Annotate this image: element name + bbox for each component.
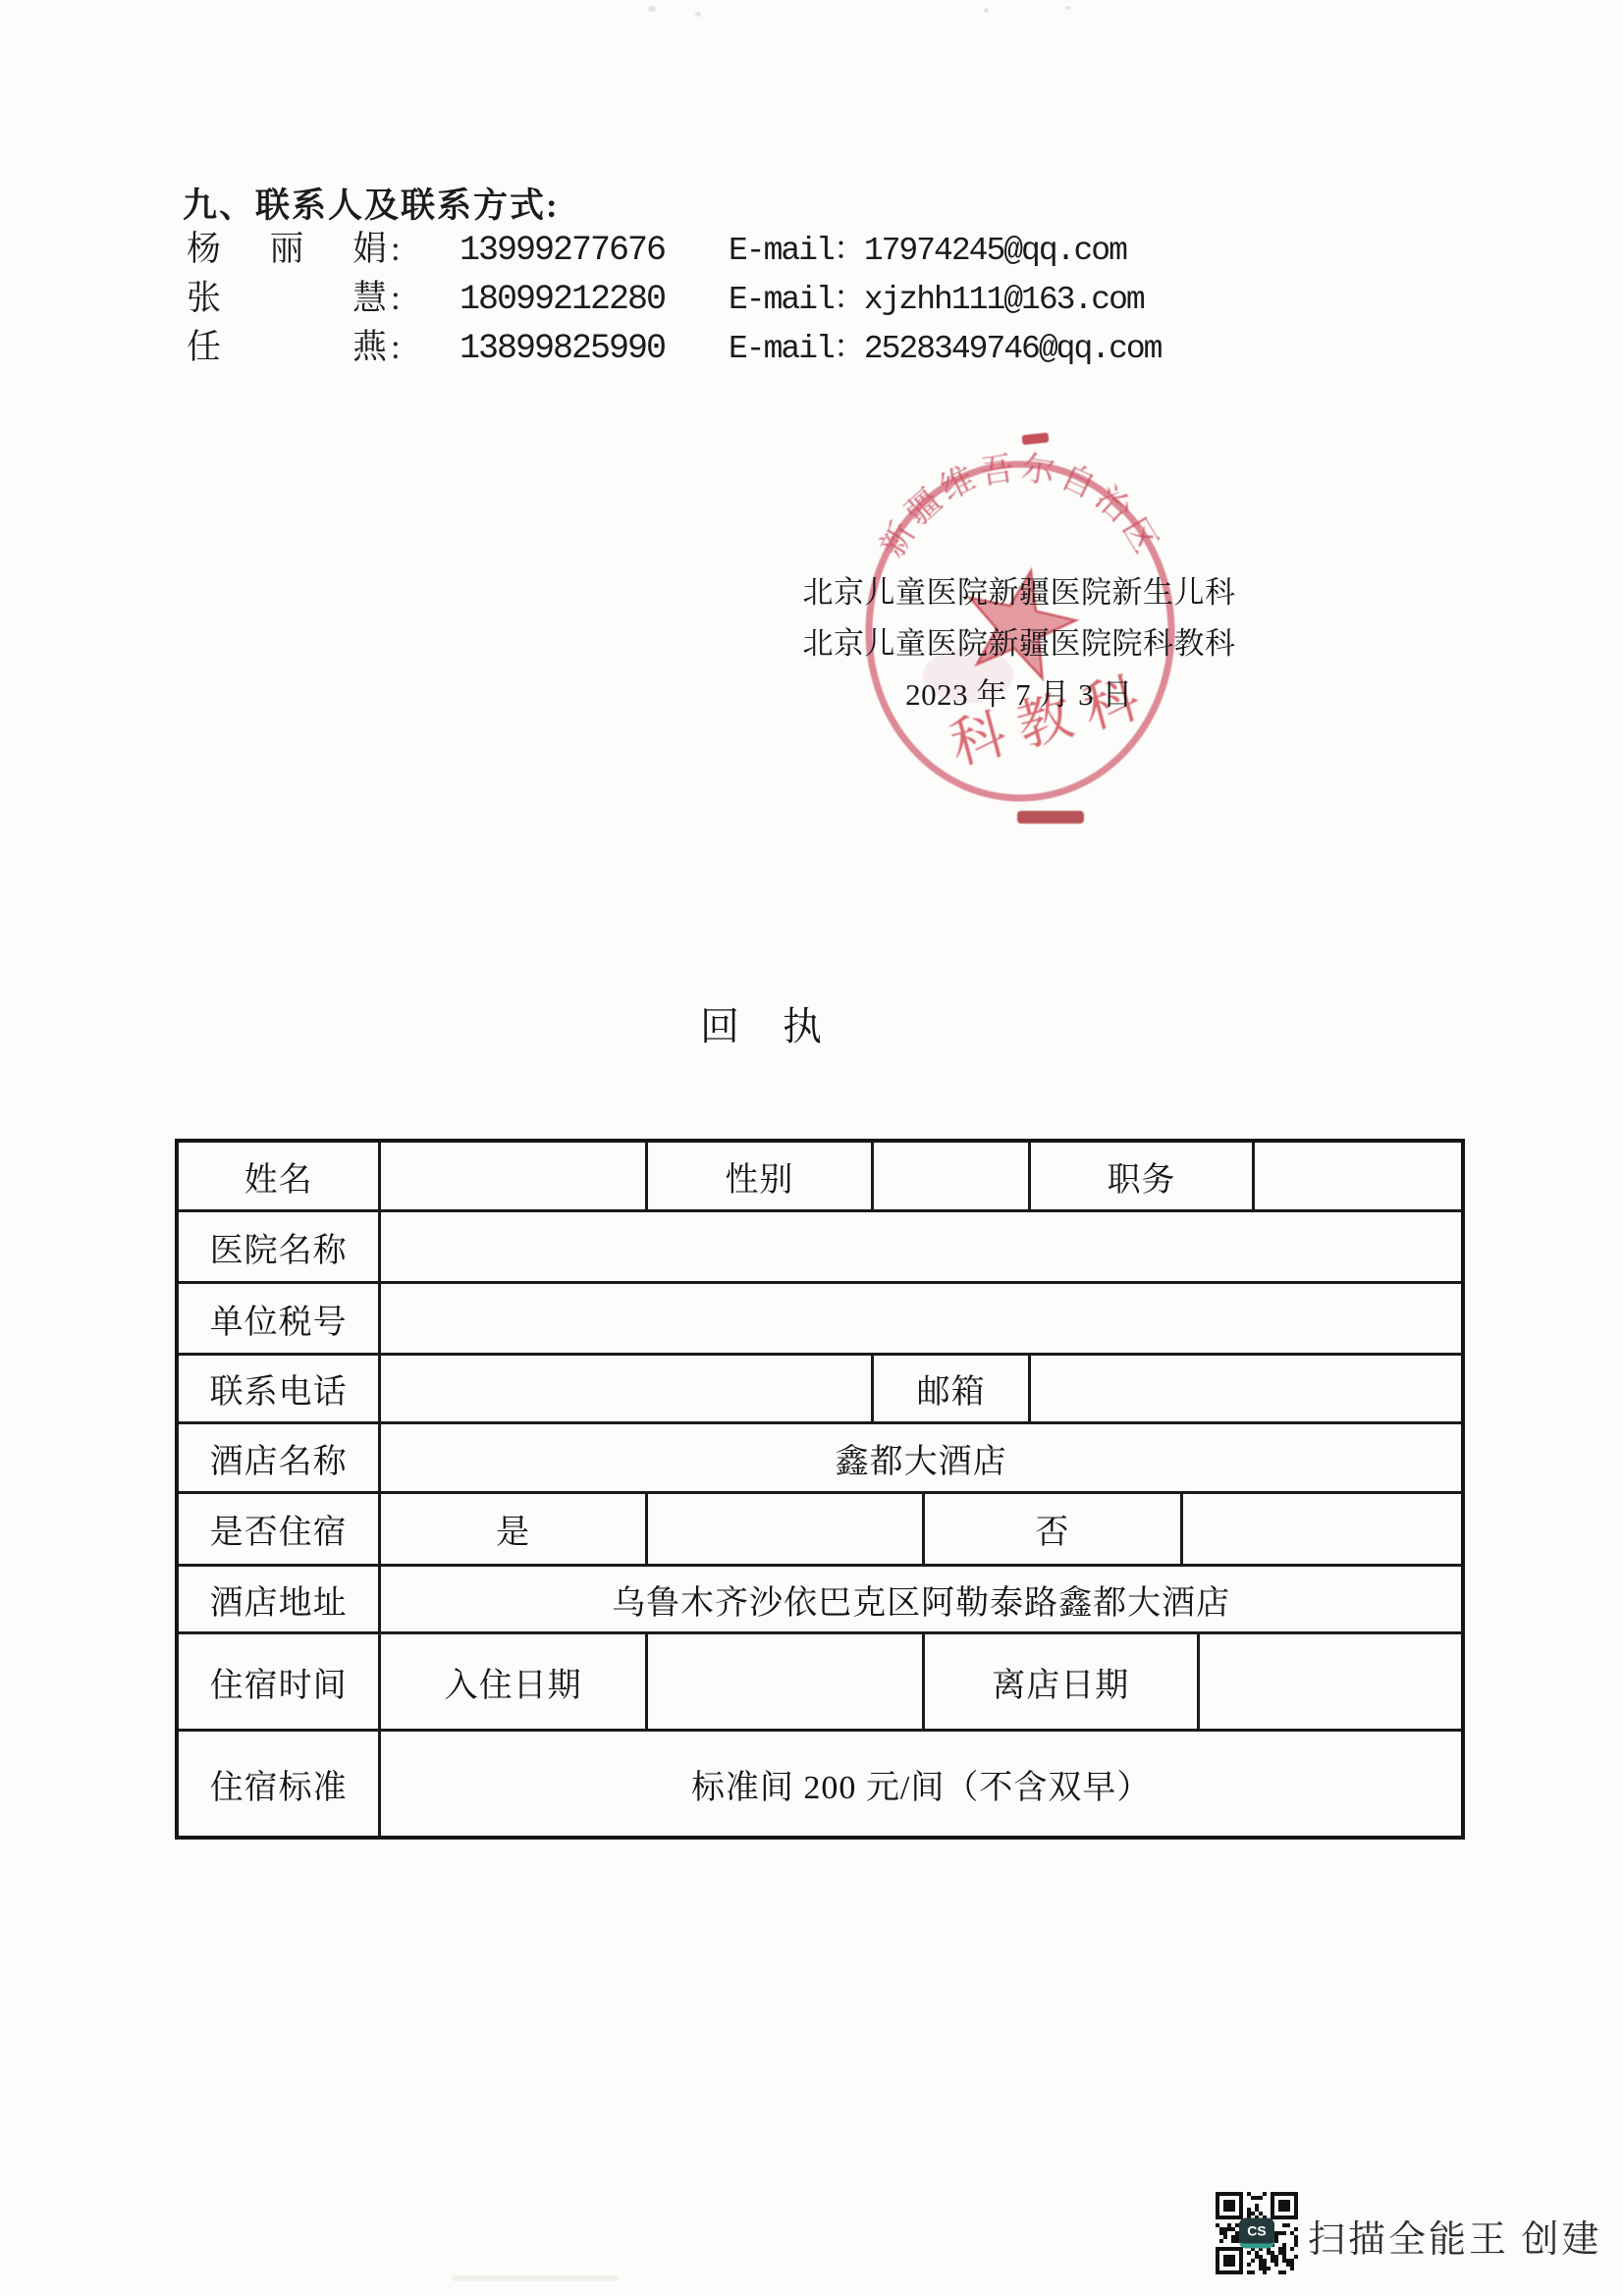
table-row: 酒店地址 乌鲁木齐沙依巴克区阿勒泰路鑫都大酒店 [179, 1567, 1461, 1634]
cell-input-name[interactable] [381, 1143, 648, 1209]
table-row: 酒店名称 鑫都大酒店 [179, 1424, 1461, 1494]
scan-smudge [452, 2275, 619, 2281]
cell-option-yes[interactable]: 是 [381, 1494, 648, 1564]
cell-label-checkin: 入住日期 [381, 1634, 648, 1729]
cell-label-position: 职务 [1031, 1143, 1254, 1209]
contact-phone: 18099212280 [460, 279, 665, 320]
cell-label-name: 姓名 [179, 1143, 381, 1209]
cell-label-tax-id: 单位税号 [179, 1284, 381, 1353]
cell-input-checkout[interactable] [1200, 1634, 1461, 1729]
table-row: 姓名 性别 职务 [179, 1143, 1461, 1212]
registration-table: 姓名 性别 职务 医院名称 单位税号 联系电话 邮箱 酒店名称 鑫都大酒店 是否… [175, 1139, 1465, 1840]
table-row: 是否住宿 是 否 [179, 1494, 1461, 1567]
cell-input-yes[interactable] [648, 1494, 925, 1564]
camscanner-created-text: 扫描全能王 创建 [1308, 2209, 1602, 2263]
cell-input-phone[interactable] [381, 1356, 874, 1421]
scanned-document-page: { "contacts_section": { "heading": "九、联系… [0, 0, 1623, 2296]
scan-speck [695, 12, 701, 17]
contact-name: 杨丽娟 [187, 228, 387, 271]
cell-input-position[interactable] [1255, 1143, 1461, 1209]
cell-input-gender[interactable] [874, 1143, 1032, 1209]
email-address: 2528349746@qq.com [864, 331, 1162, 367]
cell-label-hotel-name: 酒店名称 [179, 1424, 381, 1491]
scan-speck [1065, 6, 1071, 10]
contact-name: 张慧 [187, 277, 387, 320]
cell-value-room-standard: 标准间 200 元/间（不含双早） [381, 1732, 1461, 1836]
scan-speck [984, 8, 989, 13]
cell-label-hotel-address: 酒店地址 [179, 1567, 381, 1631]
contact-name-colon: : [391, 277, 401, 320]
cell-input-checkin[interactable] [648, 1634, 925, 1729]
stamp-ink-mark [1017, 811, 1084, 824]
cell-label-stay-time: 住宿时间 [179, 1634, 381, 1729]
contact-email: E-mail：17974245@qq.com [729, 232, 1126, 271]
cell-input-mailbox[interactable] [1031, 1356, 1461, 1421]
reply-title: 回 执 [700, 995, 824, 1051]
contact-name: 任燕 [187, 326, 387, 369]
contact-phone: 13999277676 [460, 230, 665, 271]
signature-date: 2023 年 7 月 3 日 [793, 669, 1245, 721]
email-address: xjzhh111@163.com [864, 282, 1144, 318]
email-label: E-mail： [729, 233, 864, 269]
camscanner-badge: CS [1239, 2218, 1274, 2249]
scan-speck [648, 6, 656, 12]
contacts-list: 杨丽娟 : 13999277676 E-mail：17974245@qq.com… [187, 228, 1267, 375]
contact-name-colon: : [391, 326, 401, 369]
contact-email: E-mail：2528349746@qq.com [729, 330, 1161, 369]
cell-value-hotel-address: 乌鲁木齐沙依巴克区阿勒泰路鑫都大酒店 [381, 1567, 1461, 1631]
cell-label-gender: 性别 [648, 1143, 874, 1209]
contact-row: 张慧 : 18099212280 E-mail：xjzhh111@163.com [187, 277, 1267, 326]
contact-phone: 13899825990 [460, 328, 665, 369]
cell-label-checkout: 离店日期 [925, 1634, 1199, 1729]
cell-option-no[interactable]: 否 [925, 1494, 1183, 1564]
signature-line-1: 北京儿童医院新疆医院新生儿科 [793, 567, 1245, 618]
cell-label-room-standard: 住宿标准 [179, 1732, 381, 1836]
stamp-ink-mark [1022, 433, 1050, 446]
cell-input-tax-id[interactable] [381, 1284, 1461, 1353]
contacts-heading: 九、联系人及联系方式: [183, 179, 560, 228]
email-label: E-mail： [729, 331, 864, 367]
cell-input-hospital[interactable] [381, 1212, 1461, 1281]
table-row: 联系电话 邮箱 [179, 1356, 1461, 1424]
cell-label-mailbox: 邮箱 [874, 1356, 1032, 1421]
cell-value-hotel-name: 鑫都大酒店 [381, 1424, 1461, 1491]
qr-code-icon: CS [1216, 2192, 1298, 2274]
cell-label-lodging: 是否住宿 [179, 1494, 381, 1564]
cell-label-hospital: 医院名称 [179, 1212, 381, 1281]
email-address: 17974245@qq.com [864, 233, 1126, 269]
contact-row: 任燕 : 13899825990 E-mail：2528349746@qq.co… [187, 326, 1267, 375]
contact-name-colon: : [391, 228, 401, 271]
contact-row: 杨丽娟 : 13999277676 E-mail：17974245@qq.com [187, 228, 1267, 277]
signature-block: 北京儿童医院新疆医院新生儿科 北京儿童医院新疆医院院科教科 2023 年 7 月… [793, 567, 1245, 721]
table-row: 住宿标准 标准间 200 元/间（不含双早） [179, 1732, 1461, 1836]
table-row: 医院名称 [179, 1212, 1461, 1284]
table-row: 单位税号 [179, 1284, 1461, 1356]
signature-line-2: 北京儿童医院新疆医院院科教科 [793, 618, 1245, 669]
contact-email: E-mail：xjzhh111@163.com [729, 281, 1144, 320]
email-label: E-mail： [729, 282, 864, 318]
cell-input-no[interactable] [1183, 1494, 1461, 1564]
table-row: 住宿时间 入住日期 离店日期 [179, 1634, 1461, 1732]
cell-label-phone: 联系电话 [179, 1356, 381, 1421]
